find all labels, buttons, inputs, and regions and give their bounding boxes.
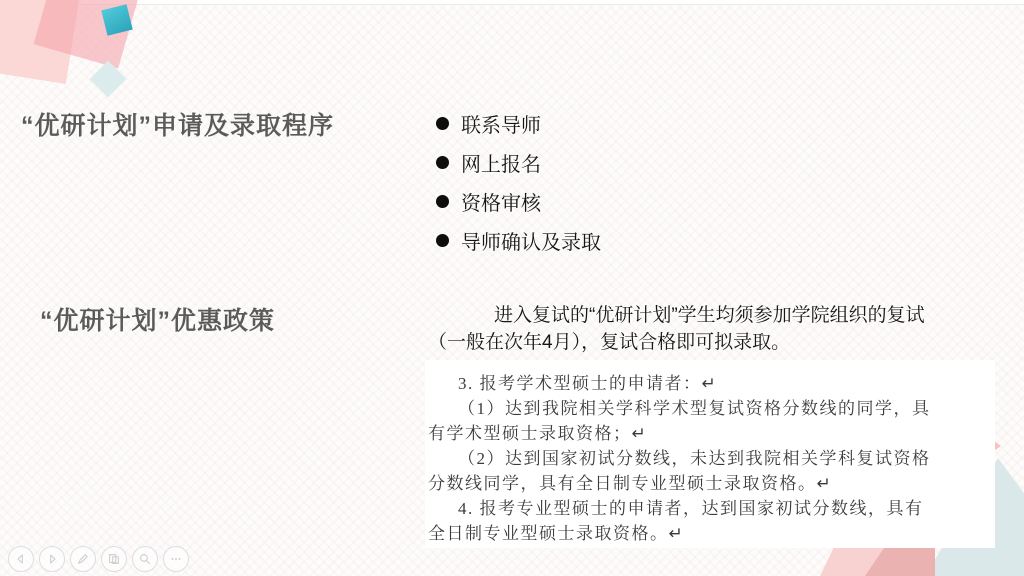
document-excerpt-image: 3. 报考学术型硕士的申请者：↵ （1）达到我院相关学科学术型复试资格分数线的同… xyxy=(425,360,995,548)
slide-top-edge xyxy=(0,0,1024,5)
bullet-icon xyxy=(436,156,449,169)
bullet-icon xyxy=(436,234,449,247)
next-slide-button[interactable] xyxy=(39,546,65,572)
list-item: 网上报名 xyxy=(436,143,601,182)
zoom-button[interactable] xyxy=(132,546,158,572)
section-title-procedure: “优研计划”申请及录取程序 xyxy=(21,106,334,142)
magnifier-icon xyxy=(138,552,152,566)
ellipsis-icon xyxy=(169,552,183,566)
annotate-pen-button[interactable] xyxy=(70,546,96,572)
chevron-right-icon xyxy=(45,552,59,566)
policy-intro-paragraph: 进入复试的“优研计划”学生均须参加学院组织的复试（一般在次年4月），复试合格即可… xyxy=(428,302,934,356)
doc-paragraph: 4. 报考专业型硕士的申请者，达到国家初试分数线，具有全日制专业型硕士录取资格。… xyxy=(428,496,935,546)
bullet-icon xyxy=(436,195,449,208)
bullet-label: 网上报名 xyxy=(461,148,541,177)
slideshow-screen: { "slide": { "procedure": { "title": "“优… xyxy=(0,0,1024,576)
doc-paragraph: （1）达到我院相关学科学术型复试资格分数线的同学，具有学术型硕士录取资格；↵ xyxy=(428,396,935,446)
bullet-label: 资格审核 xyxy=(461,187,541,216)
slideshow-toolbar xyxy=(8,546,189,572)
bullet-label: 联系导师 xyxy=(461,109,541,138)
slides-icon xyxy=(107,552,121,566)
more-options-button[interactable] xyxy=(163,546,189,572)
slides-overview-button[interactable] xyxy=(101,546,127,572)
list-item: 资格审核 xyxy=(436,182,601,221)
decor-pale-teal-diamond xyxy=(90,61,127,98)
doc-paragraph: （2）达到国家初试分数线，未达到我院相关学科复试资格分数线同学，具有全日制专业型… xyxy=(428,446,935,496)
doc-paragraph: 3. 报考学术型硕士的申请者：↵ xyxy=(428,371,935,396)
procedure-bullet-list: 联系导师 网上报名 资格审核 导师确认及录取 xyxy=(436,104,601,260)
list-item: 导师确认及录取 xyxy=(436,221,601,260)
list-item: 联系导师 xyxy=(436,104,601,143)
previous-slide-button[interactable] xyxy=(8,546,34,572)
chevron-left-icon xyxy=(14,552,28,566)
bullet-label: 导师确认及录取 xyxy=(461,226,601,255)
pen-icon xyxy=(76,552,90,566)
bullet-icon xyxy=(436,117,449,130)
section-title-policy: “优研计划”优惠政策 xyxy=(40,301,275,337)
